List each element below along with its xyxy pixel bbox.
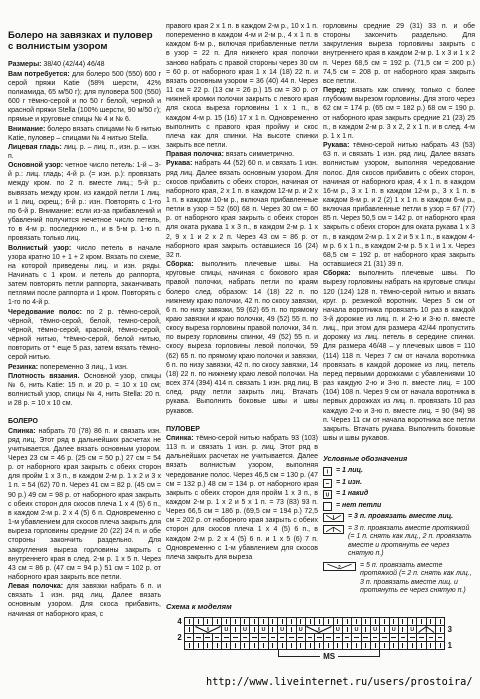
chart-cell-o: U: [352, 626, 361, 634]
paragraph: Сборка: выполнить плечевые швы. На круго…: [166, 260, 318, 416]
chart-cell-k: [185, 618, 194, 626]
chart-cell-k: [362, 626, 371, 634]
chart-cell-k: [427, 618, 436, 626]
chart-cell-k: [315, 642, 324, 650]
chart-cell-k: [241, 618, 250, 626]
paragraph: Волнистый узор: число петель в начале уз…: [8, 244, 161, 308]
knitting-chart: 45UUUUU5UUUUU321 MS: [175, 617, 454, 650]
chart-cell-k: [334, 642, 343, 650]
chart-cell-p: [390, 634, 399, 642]
chart-cell-k: [278, 618, 287, 626]
chart-cell-p: [343, 634, 352, 642]
legend-symbol-empty-icon: [323, 502, 332, 511]
paragraph: правого края 2 х 1 п. в каждом 2-м р., 1…: [166, 22, 318, 150]
chart-cell-p: [185, 634, 194, 642]
chart-cell-k: [194, 618, 203, 626]
column-left: Болеро на завязках и пуловер с волнистым…: [8, 30, 161, 619]
paragraph: Левая полочка: для завязки набрать 6 п. …: [8, 582, 161, 619]
paragraph: Вам потребуется: для болеро 500 (550) 60…: [8, 70, 161, 125]
legend-symbol-dec5p-icon: 5: [323, 562, 356, 571]
chart-cell-k: [231, 642, 240, 650]
chart-row: 1: [175, 642, 454, 650]
chart-cell-o: U: [222, 626, 231, 634]
chart-row-number-right: 3: [445, 626, 454, 634]
chart-cell-p: [352, 634, 361, 642]
page-title-line-1: Болеро на завязках и пуловер: [8, 30, 153, 41]
chart-cell-k: [352, 618, 361, 626]
legend-item-label: = 1 накид: [336, 490, 368, 499]
legend-item-label: = нет петли: [336, 502, 381, 511]
chart-cell-k: [259, 642, 268, 650]
paragraph: Внимание: болеро вязать спицами № 6 нить…: [8, 125, 161, 143]
chart-cell-k: [380, 642, 389, 650]
chart-cell-k: [371, 618, 380, 626]
chart-cell-k: [390, 642, 399, 650]
chart-cell-p: [204, 634, 213, 642]
legend-symbol-purl-icon: [323, 479, 332, 488]
chart-cell-dec5: 5: [306, 626, 334, 634]
chart-cell-p: [399, 634, 408, 642]
paragraph: Размеры: 38/40 (42/44) 46/48: [8, 60, 161, 69]
chart-cell-k: [306, 642, 315, 650]
chart-cell-k: [204, 642, 213, 650]
chart-cell-k: [185, 626, 194, 634]
chart-cell-p: [334, 634, 343, 642]
page-title-line-2: с волнистым узором: [8, 41, 107, 52]
knitting-chart-grid: 45UUUUU5UUUUU321: [175, 617, 454, 650]
section-heading: БОЛЕРО: [8, 417, 161, 426]
chart-cell-k: [297, 618, 306, 626]
chart-cell-k: [371, 642, 380, 650]
chart-cell-dec5: 5: [194, 626, 222, 634]
chart-cell-p: [427, 634, 436, 642]
chart-cell-k: [204, 618, 213, 626]
chart-cell-k: [399, 626, 408, 634]
paragraph: Плотность вязания. Основной узор, спицы …: [8, 372, 161, 409]
chart-cell-p: [278, 634, 287, 642]
chart-cell-k: [213, 618, 222, 626]
chart-cell-p: [417, 634, 426, 642]
chart-row-number-left: 4: [175, 618, 184, 626]
chart-cell-k: [408, 642, 417, 650]
paragraph: Рукава: тёмно-серой нитью набрать 43 (53…: [323, 141, 475, 269]
legend-item-label: = 5 п. провязать вместе протяжкой (= 2 п…: [360, 562, 475, 596]
chart-cell-k: [417, 642, 426, 650]
chart-cell-k: [287, 618, 296, 626]
legend-symbol-dec3-icon: [323, 513, 344, 522]
legend-list: = 1 лиц.= 1 изн.U= 1 накид= нет петли= 3…: [323, 467, 475, 596]
chart-cell-k: [315, 618, 324, 626]
chart-cell-k: [194, 642, 203, 650]
chart-cell-o: U: [390, 626, 399, 634]
footer-url-text: http://www.liveinternet.ru/users/prostoi…: [206, 676, 473, 688]
chart-cell-p: [231, 634, 240, 642]
legend-item: 5= 5 п. провязать вместе протяжкой (= 2 …: [323, 562, 475, 596]
legend-item: = 3 п. провязать вместе лиц.: [323, 513, 475, 522]
chart-cell-k: [287, 626, 296, 634]
chart-cell-k: [343, 626, 352, 634]
paragraph: Спинка: тёмно-серой нитью набрать 93 (10…: [166, 434, 318, 562]
legend-item: U= 1 накид: [323, 490, 475, 499]
chart-cell-dec3: [417, 626, 436, 634]
section-heading: ПУЛОВЕР: [166, 425, 318, 434]
chart-cell-o: U: [334, 626, 343, 634]
chart-cell-k: [269, 626, 278, 634]
chart-cell-k: [352, 642, 361, 650]
paragraph: Резинка: попеременно 3 лиц., 1 изн.: [8, 363, 161, 372]
chart-cell-k: [287, 642, 296, 650]
chart-cell-k: [362, 618, 371, 626]
chart-cell-k: [436, 642, 445, 650]
chart-cell-k: [408, 618, 417, 626]
chart-row-number-right: 1: [445, 642, 454, 650]
chart-cell-p: [287, 634, 296, 642]
chart-row-number-left: 2: [175, 634, 184, 642]
chart-cell-k: [213, 642, 222, 650]
legend-item-label: = 1 лиц.: [336, 467, 363, 476]
chart-cell-k: [417, 618, 426, 626]
svg-text:5: 5: [318, 626, 321, 631]
legend-item: = 3 п. провязать вместе протяжкой (= 1 п…: [323, 525, 475, 559]
chart-row: 4: [175, 617, 454, 626]
chart-cell-k: [380, 626, 389, 634]
chart-cell-k: [324, 618, 333, 626]
svg-text:5: 5: [206, 626, 209, 631]
chart-cell-k: [324, 642, 333, 650]
legend-item: = 1 изн.: [323, 479, 475, 488]
chart-cell-k: [222, 618, 231, 626]
chart-cell-k: [343, 642, 352, 650]
chart-cell-k: [231, 626, 240, 634]
chart-cell-p: [259, 634, 268, 642]
legend-symbol-dec3p-icon: [323, 525, 344, 534]
chart-cell-p: [362, 634, 371, 642]
chart-cell-k: [185, 642, 194, 650]
chart-cell-p: [250, 634, 259, 642]
chart-cell-k: [306, 618, 315, 626]
legend-item-label: = 1 изн.: [336, 479, 362, 488]
legend-item-label: = 3 п. провязать вместе протяжкой (= 1 п…: [348, 525, 475, 559]
paragraph: Чередование полос: по 2 р. тёмно-серой, …: [8, 308, 161, 363]
paragraph: Основной узор: четное число петель: 1-й …: [8, 161, 161, 243]
column-middle: правого края 2 х 1 п. в каждом 2-м р., 1…: [166, 22, 318, 562]
chart-cell-k: [436, 618, 445, 626]
chart-cell-k: [334, 618, 343, 626]
chart-cell-k: [250, 618, 259, 626]
chart-cell-k: [250, 626, 259, 634]
chart-cell-k: [278, 642, 287, 650]
chart-cell-k: [231, 618, 240, 626]
svg-text:5: 5: [338, 563, 341, 568]
chart-row: 2: [175, 634, 454, 642]
chart-cell-p: [241, 634, 250, 642]
chart-cell-k: [343, 618, 352, 626]
chart-cell-p: [315, 634, 324, 642]
chart-cell-p: [408, 634, 417, 642]
paragraph: Сборка: выполнить плечевые швы. По вырез…: [323, 269, 475, 443]
chart-cell-p: [306, 634, 315, 642]
chart-cell-k: [222, 642, 231, 650]
paragraph: Перед: вязать как спинку, только с более…: [323, 86, 475, 141]
chart-cell-k: [269, 642, 278, 650]
chart-cell-k: [362, 642, 371, 650]
chart-cell-p: [371, 634, 380, 642]
chart-cell-p: [436, 634, 445, 642]
chart-cell-k: [241, 642, 250, 650]
paragraph: Лицевая гладь: лиц. р. – лиц. п., изн. р…: [8, 143, 161, 161]
chart-cell-k: [259, 618, 268, 626]
svg-text:U: U: [326, 493, 330, 499]
chart-cell-o: U: [278, 626, 287, 634]
page-title: Болеро на завязках и пуловер с волнистым…: [8, 30, 161, 52]
chart-cell-o: U: [408, 626, 417, 634]
chart-cell-o: U: [241, 626, 250, 634]
paragraph: Правая полочка: вязать симметрично.: [166, 150, 318, 159]
chart-cell-k: [427, 642, 436, 650]
chart-cell-o: U: [297, 626, 306, 634]
paragraph: горловины средние 29 (31) 33 п. и обе ст…: [323, 22, 475, 86]
chart-cell-k: [399, 642, 408, 650]
legend-item: = нет петли: [323, 502, 475, 511]
legend-item: = 1 лиц.: [323, 467, 475, 476]
chart-cell-o: U: [371, 626, 380, 634]
chart-cell-k: [380, 618, 389, 626]
chart-cell-p: [213, 634, 222, 642]
chart-cell-p: [380, 634, 389, 642]
chart-cell-k: [399, 618, 408, 626]
chart-cell-k: [297, 642, 306, 650]
chart-row: 5UUUUU5UUUUU3: [175, 626, 454, 634]
chart-cell-p: [269, 634, 278, 642]
chart-cell-k: [436, 626, 445, 634]
chart-title: Схема к моделям: [166, 602, 232, 611]
chart-cell-p: [324, 634, 333, 642]
chart-cell-p: [194, 634, 203, 642]
chart-cell-p: [297, 634, 306, 642]
chart-cell-k: [269, 618, 278, 626]
legend-symbol-yo-icon: U: [323, 490, 332, 499]
column-right: горловины средние 29 (31) 33 п. и обе ст…: [323, 22, 475, 598]
chart-cell-p: [222, 634, 231, 642]
legend-symbol-knit-icon: [323, 467, 332, 476]
paragraph: Рукава: набрать 44 (52) 60 п. и связать …: [166, 159, 318, 260]
chart-cell-o: U: [259, 626, 268, 634]
legend-title: Условные обозначения: [323, 454, 475, 463]
paragraph: Спинка: набрать 70 (78) 86 п. и связать …: [8, 427, 161, 583]
chart-cell-k: [390, 618, 399, 626]
chart-ms-label: MS: [320, 652, 338, 661]
chart-cell-k: [250, 642, 259, 650]
legend-item-label: = 3 п. провязать вместе лиц.: [348, 513, 453, 522]
